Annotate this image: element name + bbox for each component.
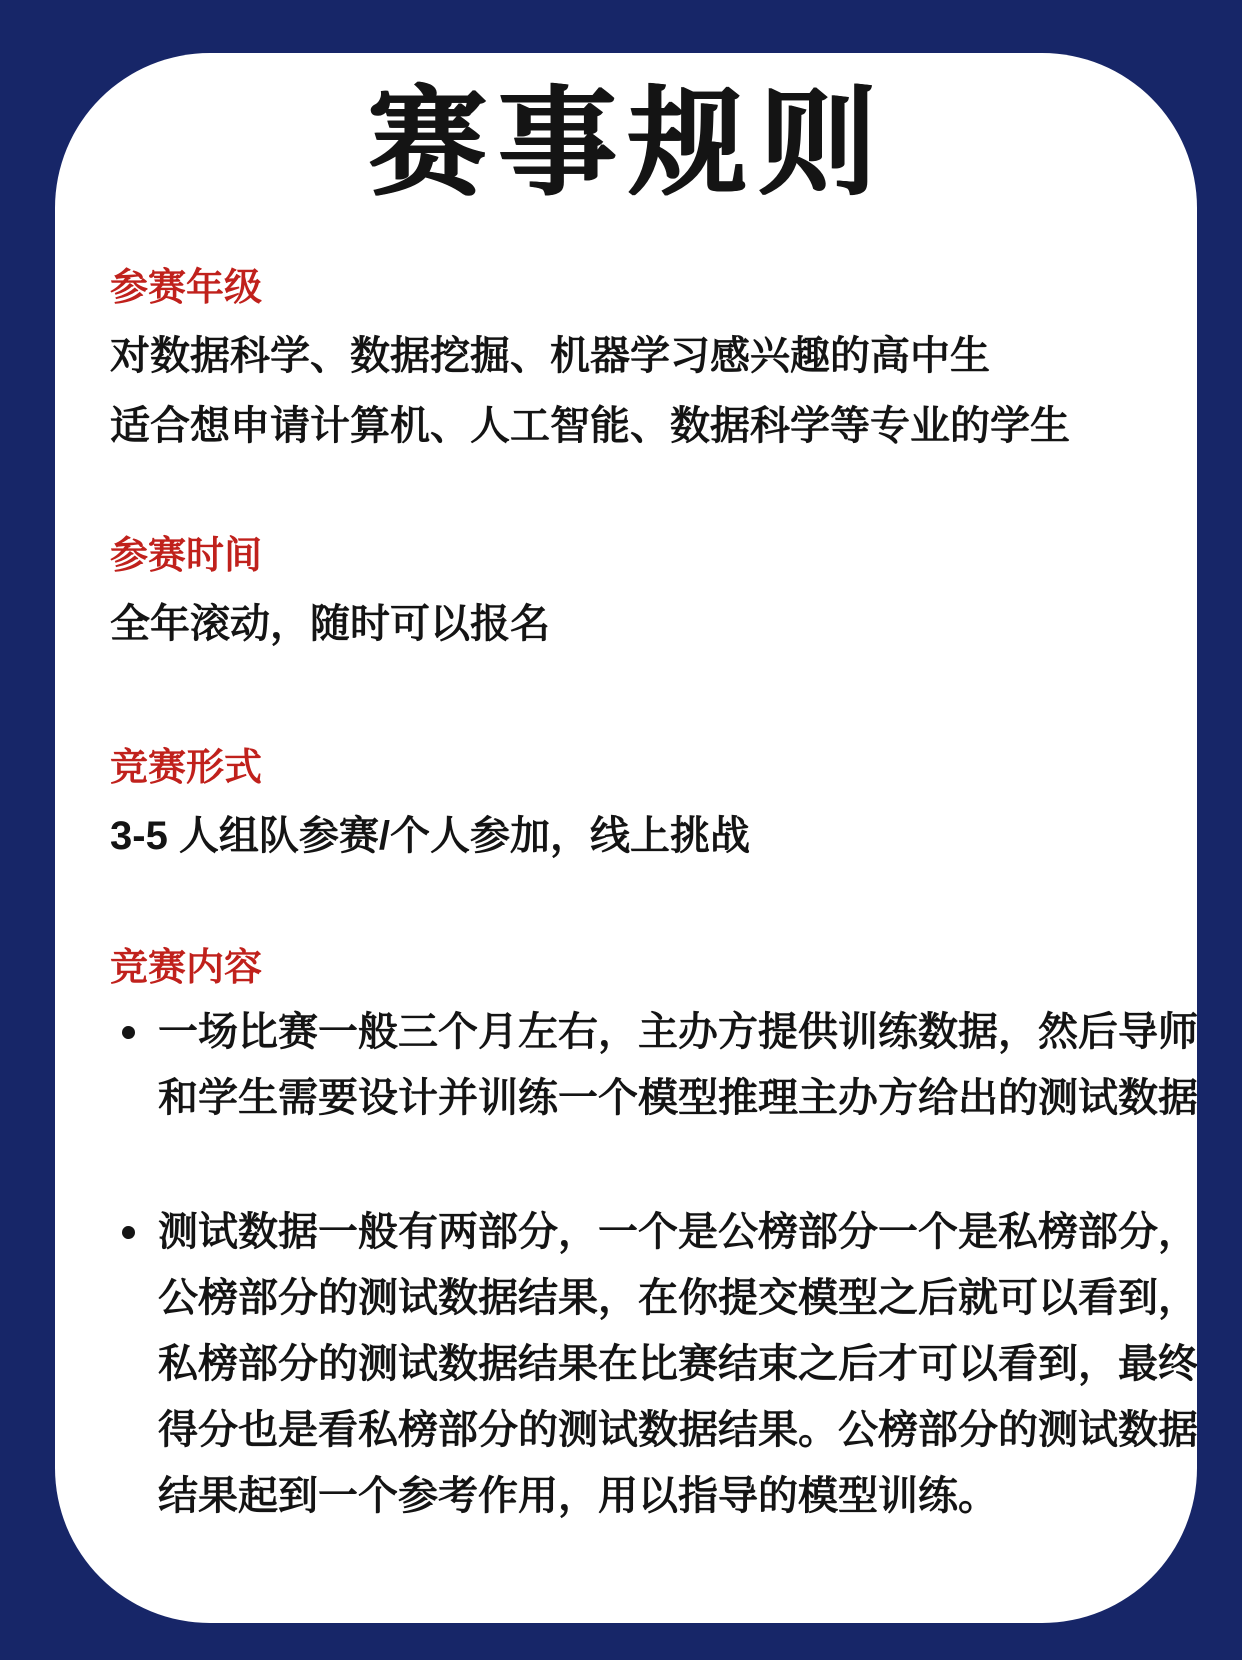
bullet-text-line: 和学生需要设计并训练一个模型推理主办方给出的测试数据。	[158, 1065, 1147, 1131]
bullet-dot-icon	[122, 1226, 135, 1239]
bullet-item: 一场比赛一般三个月左右，主办方提供训练数据，然后导师 和学生需要设计并训练一个模…	[110, 999, 1147, 1131]
section-grades-body: 对数据科学、数据挖掘、机器学习感兴趣的高中生 适合想申请计算机、人工智能、数据科…	[110, 321, 1147, 461]
section-time-body: 全年滚动，随时可以报名	[110, 589, 1147, 659]
bullet-item: 测试数据一般有两部分，一个是公榜部分一个是私榜部分， 公榜部分的测试数据结果，在…	[110, 1199, 1147, 1529]
bullet-dot-icon	[122, 1026, 135, 1039]
bullet-text-line: 私榜部分的测试数据结果在比赛结束之后才可以看到，最终	[158, 1331, 1147, 1397]
section-format-body: 3-5 人组队参赛/个人参加，线上挑战	[110, 801, 1147, 871]
section-format-heading: 竞赛形式	[110, 743, 1147, 793]
bullet-text-line: 测试数据一般有两部分，一个是公榜部分一个是私榜部分，	[158, 1199, 1147, 1265]
text-line: 适合想申请计算机、人工智能、数据科学等专业的学生	[110, 391, 1147, 461]
text-line: 对数据科学、数据挖掘、机器学习感兴趣的高中生	[110, 321, 1147, 391]
bullet-text-line: 结果起到一个参考作用，用以指导的模型训练。	[158, 1463, 1147, 1529]
poster-background: 赛事规则 参赛年级 对数据科学、数据挖掘、机器学习感兴趣的高中生 适合想申请计算…	[0, 0, 1242, 1660]
content-bullet-list: 一场比赛一般三个月左右，主办方提供训练数据，然后导师 和学生需要设计并训练一个模…	[110, 999, 1147, 1529]
section-grades-heading: 参赛年级	[110, 263, 1147, 313]
section-time-heading: 参赛时间	[110, 531, 1147, 581]
bullet-text-line: 得分也是看私榜部分的测试数据结果。公榜部分的测试数据	[158, 1397, 1147, 1463]
bullet-text-line: 公榜部分的测试数据结果，在你提交模型之后就可以看到，	[158, 1265, 1147, 1331]
section-content-heading: 竞赛内容	[110, 943, 1147, 993]
text-line: 3-5 人组队参赛/个人参加，线上挑战	[110, 801, 1147, 871]
page-title: 赛事规则	[110, 79, 1147, 209]
bullet-text-line: 一场比赛一般三个月左右，主办方提供训练数据，然后导师	[158, 999, 1147, 1065]
section-grades: 参赛年级 对数据科学、数据挖掘、机器学习感兴趣的高中生 适合想申请计算机、人工智…	[110, 263, 1147, 461]
section-time: 参赛时间 全年滚动，随时可以报名	[110, 531, 1147, 659]
section-format: 竞赛形式 3-5 人组队参赛/个人参加，线上挑战	[110, 743, 1147, 871]
section-content: 竞赛内容 一场比赛一般三个月左右，主办方提供训练数据，然后导师 和学生需要设计并…	[110, 943, 1147, 1529]
rules-card: 赛事规则 参赛年级 对数据科学、数据挖掘、机器学习感兴趣的高中生 适合想申请计算…	[55, 53, 1197, 1623]
text-line: 全年滚动，随时可以报名	[110, 589, 1147, 659]
